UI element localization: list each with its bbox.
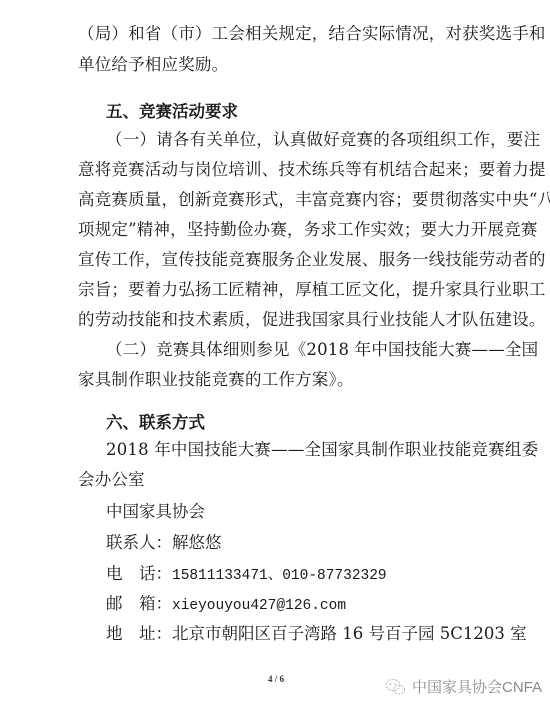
contact-person-row: 联系人：解悠悠 [106, 529, 222, 553]
paragraph-line: 2018 年中国技能大赛——全国家具制作职业技能竞赛组委 [106, 440, 478, 460]
email-row: 邮 箱：xieyouyou427@126.com [106, 590, 346, 614]
paragraph-line: （二）竞赛具体细则参见《2018 年中国技能大赛——全国 [106, 340, 478, 360]
paragraph-line: 宗旨；要着力弘扬工匠精神，厚植工匠文化，提升家具行业职工 [78, 280, 478, 300]
paragraph-line: 单位给予相应奖励。 [78, 55, 478, 75]
email-label: 邮 箱： [106, 594, 172, 613]
document-page: （局）和省（市）工会相关规定，结合实际情况，对获奖选手和 单位给予相应奖励。 五… [0, 0, 550, 716]
watermark-text: 中国家具协会CNFA [412, 676, 542, 697]
phone-row: 电 话：15811133471、010-87732329 [106, 560, 387, 584]
section-heading-contact: 六、联系方式 [106, 409, 205, 433]
address-row: 地 址：北京市朝阳区百子湾路 16 号百子园 5C1203 室 [106, 620, 527, 644]
paragraph-line: 家具制作职业技能竞赛的工作方案》。 [78, 370, 478, 390]
email-value: xieyouyou427@126.com [172, 598, 346, 614]
address-label: 地 址： [106, 624, 172, 643]
contact-person-value: 解悠悠 [172, 533, 222, 552]
paragraph-line: 高竞赛质量，创新竞赛形式，丰富竞赛内容；要贯彻落实中央“八 [78, 190, 478, 210]
phone-value: 15811133471、010-87732329 [172, 568, 387, 584]
paragraph-line: 的劳动技能和技术素质，促进我国家具行业技能人才队伍建设。 [78, 310, 478, 330]
contact-person-label: 联系人： [106, 533, 172, 552]
paragraph-line: 意将竞赛活动与岗位培训、技术练兵等有机结合起来；要着力提 [78, 160, 478, 180]
watermark: 中国家具协会CNFA [384, 676, 542, 697]
paragraph-line: （一）请各有关单位，认真做好竞赛的各项组织工作，要注 [106, 130, 478, 150]
wechat-icon [384, 678, 406, 696]
address-value: 北京市朝阳区百子湾路 16 号百子园 5C1203 室 [172, 624, 527, 643]
paragraph-line: 会办公室 [78, 470, 478, 490]
paragraph-line: 宣传工作，宣传技能竞赛服务企业发展、服务一线技能劳动者的 [78, 250, 478, 270]
page-number: 4 / 6 [268, 674, 284, 684]
phone-label: 电 话： [106, 564, 172, 583]
paragraph-line: （局）和省（市）工会相关规定，结合实际情况，对获奖选手和 [78, 24, 478, 44]
association-name: 中国家具协会 [106, 498, 205, 522]
paragraph-line: 项规定”精神，坚持勤俭办赛，务求工作实效；要大力开展竞赛 [78, 220, 478, 240]
section-heading-requirements: 五、竞赛活动要求 [106, 98, 238, 122]
